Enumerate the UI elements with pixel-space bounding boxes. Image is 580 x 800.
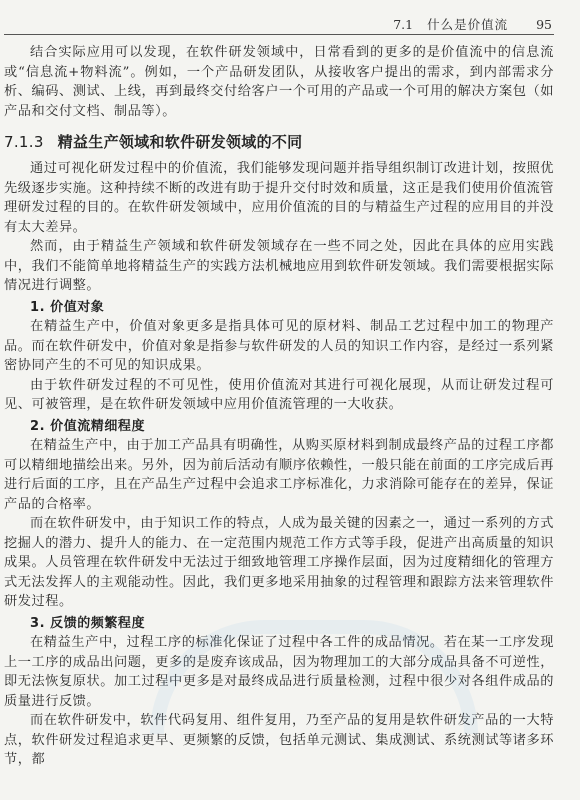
- subsection-heading-feedback: 3. 反馈的频繁程度: [4, 614, 554, 634]
- paragraph: 由于软件研发过程的不可见性，使用价值流对其进行可视化展现，从而让研发过程可见、可…: [4, 376, 554, 415]
- subsection-heading-value-object: 1. 价值对象: [4, 298, 554, 318]
- subsection-heading-granularity: 2. 价值流精细程度: [4, 417, 554, 437]
- paragraph: 在精益生产中，价值对象更多是指具体可见的原材料、制品工艺过程中加工的物理产品。而…: [4, 317, 554, 376]
- paragraph: 在精益生产中，由于加工产品具有明确性，从购买原材料到制成最终产品的过程工序都可以…: [4, 436, 554, 514]
- paragraph: 然而，由于精益生产领域和软件研发领域存在一些不同之处，因此在具体的应用实践中，我…: [4, 237, 554, 296]
- paragraph: 而在软件研发中，软件代码复用、组件复用，乃至产品的复用是软件研发产品的一大特点，…: [4, 711, 554, 770]
- book-page: 7.1 什么是价值流 95 结合实际应用可以发现，在软件研发领域中，日常看到的更…: [0, 0, 580, 800]
- section-heading: 7.1.3精益生产领域和软件研发领域的不同: [4, 131, 554, 153]
- paragraph: 通过可视化研发过程中的价值流，我们能够发现问题并指导组织制订改进计划，按照优先级…: [4, 159, 554, 237]
- header-right: 7.1 什么是价值流 95: [393, 15, 552, 33]
- running-header: 7.1 什么是价值流 95: [4, 14, 554, 35]
- body-text: 结合实际应用可以发现，在软件研发领域中，日常看到的更多的是价值流中的信息流或“信…: [4, 43, 554, 770]
- section-title: 精益生产领域和软件研发领域的不同: [58, 133, 303, 151]
- paragraph: 在精益生产中，过程工序的标准化保证了过程中各工件的成品情况。若在某一工序发现上一…: [4, 633, 554, 711]
- header-section-title: 什么是价值流: [427, 17, 508, 32]
- header-section-number: 7.1: [393, 17, 413, 32]
- intro-paragraph: 结合实际应用可以发现，在软件研发领域中，日常看到的更多的是价值流中的信息流或“信…: [4, 43, 554, 121]
- paragraph: 而在软件研发中，由于知识工作的特点，人成为最关键的因素之一，通过一系列的方式挖掘…: [4, 514, 554, 612]
- section-number: 7.1.3: [4, 133, 44, 151]
- page-number: 95: [536, 17, 552, 32]
